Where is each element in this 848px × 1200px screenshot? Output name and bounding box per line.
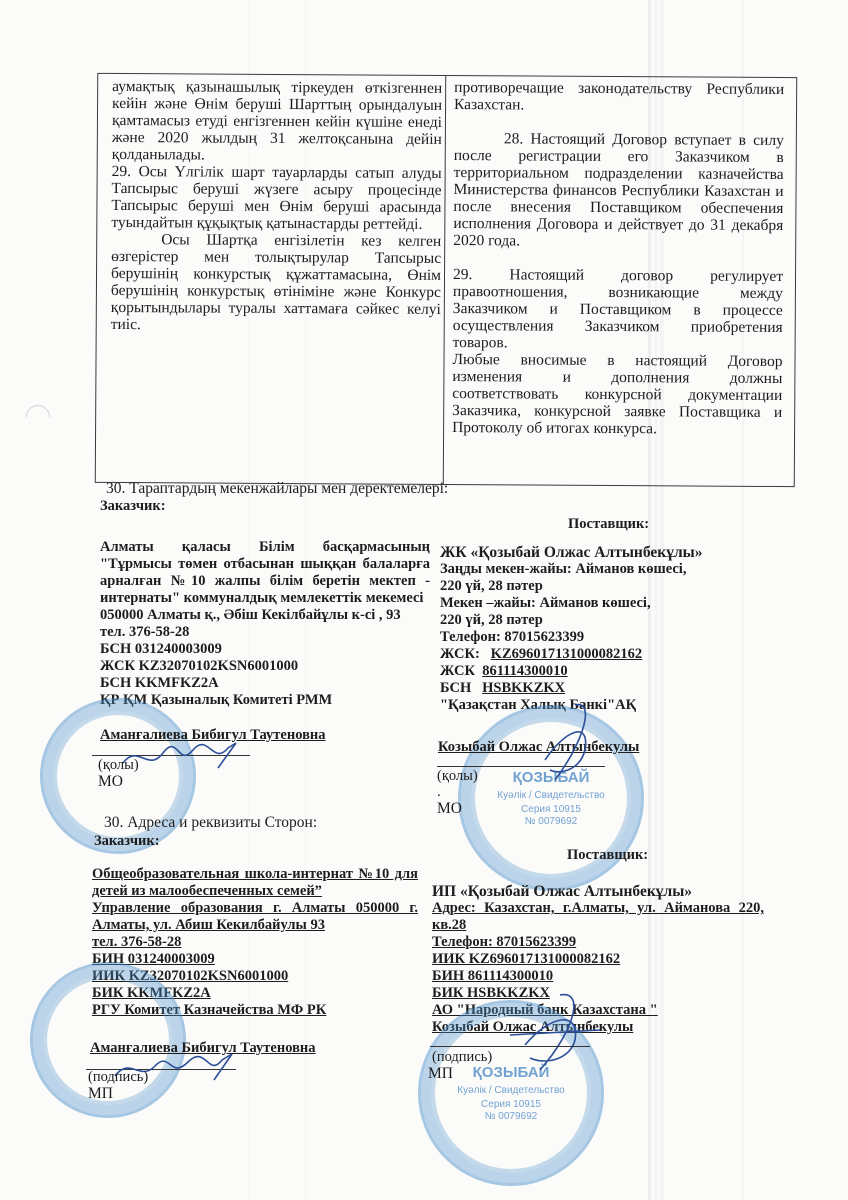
- customer-iik-kk: ЖСК KZ32070102KSN6001000: [100, 658, 430, 675]
- supplier-address-ru: Адрес: Казахстан, г.Алматы, ул. Айманова…: [432, 900, 764, 934]
- customer-address-kk: 050000 Алматы қ., Әбіш Кекілбайұлы к-сі …: [100, 607, 430, 624]
- russian-clauses-cell: противоречащие законодательству Республи…: [452, 79, 784, 438]
- customer-signature-icon: [118, 738, 258, 778]
- clause-29-kk: 29. Осы Үлгілік шарт тауарларды сатып ал…: [111, 163, 441, 233]
- clause-29-ru: 29. Настоящий договор регулирует правоот…: [453, 266, 784, 353]
- clause-28-ru: 28. Настоящий Договор вступает в силу по…: [453, 130, 784, 251]
- supplier-label-kk: Поставщик:: [568, 516, 649, 533]
- signature-caption-kk: (қолы): [98, 757, 139, 774]
- dot-mark: .: [437, 784, 441, 801]
- column-divider: [443, 76, 446, 484]
- supplier-details-kk: ЖК «Қозыбай Олжас Алтынбекұлы» Заңды мек…: [440, 544, 780, 714]
- supplier-name-kk: ЖК «Қозыбай Олжас Алтынбекұлы»: [440, 544, 780, 561]
- supplier-bank-kk: "Қазақстан Халық Банкі"АҚ: [440, 697, 780, 714]
- customer-details-kk: Алматы қаласы Білім басқармасының "Тұрмы…: [100, 539, 430, 709]
- clause-28-kk-tail: аумақтық қазынашылық тіркеуден өткізгенн…: [112, 78, 443, 165]
- customer-bin-kk: БСН 031240003009: [100, 641, 430, 658]
- customer-label-ru: Заказчик:: [94, 833, 160, 850]
- customer-bik-kk: БСН KKMFKZ2A: [100, 675, 430, 692]
- customer-phone-ru: тел. 376-58-28: [92, 934, 418, 951]
- seal-caption-kk: МО: [98, 773, 123, 790]
- supplier-iik-kk: ЖСК: KZ696017131000082162: [440, 646, 780, 663]
- signature-caption-kk: (қолы): [437, 768, 478, 785]
- kazakh-clauses-cell: аумақтық қазынашылық тіркеуден өткізгенн…: [111, 78, 443, 335]
- supplier-bik-kk: БСН HSBKKZKX: [440, 680, 780, 697]
- supplier-legal-address-kk: Заңды мекен-жайы: Айманов көшесі,: [440, 561, 780, 578]
- supplier-address-kk-2: 220 үй, 28 пәтер: [440, 612, 780, 629]
- customer-address-ru: Управление образования г. Алматы 050000 …: [92, 900, 418, 934]
- customer-label-kk: Заказчик:: [100, 498, 166, 515]
- seal-caption-kk: МО: [437, 800, 462, 817]
- clause-29-kk-amendments: Осы Шартқа енгізілетін кез келген өзгері…: [111, 231, 442, 335]
- section-ru-heading: 30. Адреса и реквизиты Сторон:: [104, 814, 317, 831]
- seal-caption-ru: МП: [428, 1065, 453, 1082]
- contract-clauses-table: аумақтық қазынашылық тіркеуден өткізгенн…: [95, 73, 797, 487]
- signature-line: [430, 1046, 590, 1047]
- clause-29-ru-amendments: Любые вносимые в настоящий Договор измен…: [452, 351, 783, 438]
- supplier-bin-kk: ЖСК 861114300010: [440, 663, 780, 680]
- customer-bin-ru: БИН 031240003009: [92, 951, 418, 968]
- supplier-signature-icon: [500, 990, 610, 1080]
- clause-27-ru-tail: противоречащие законодательству Республи…: [454, 79, 784, 115]
- signature-caption-ru: (подпись): [432, 1049, 492, 1066]
- section-kk-heading: 30. Тараптардың мекенжайлары мен деректе…: [106, 480, 448, 497]
- signature-caption-ru: (подпись): [88, 1069, 148, 1086]
- supplier-name-ru: ИП «Қозыбай Олжас Алтынбекұлы»: [432, 883, 764, 900]
- supplier-iik-ru: ИИК KZ696017131000082162: [432, 951, 764, 968]
- supplier-phone-ru: Телефон: 87015623399: [432, 934, 764, 951]
- customer-name-ru: Общеобразовательная школа-интернат №10 д…: [92, 866, 418, 900]
- seal-caption-ru: МП: [88, 1085, 113, 1102]
- supplier-legal-address-kk-2: 220 үй, 28 пәтер: [440, 578, 780, 595]
- customer-phone-kk: тел. 376-58-28: [100, 624, 430, 641]
- supplier-address-kk: Мекен –жайы: Айманов көшесі,: [440, 595, 780, 612]
- supplier-phone-kk: Телефон: 87015623399: [440, 629, 780, 646]
- customer-name-kk: Алматы қаласы Білім басқармасының "Тұрмы…: [100, 539, 430, 607]
- punch-hole-mark: [21, 400, 55, 434]
- supplier-signature-icon: [525, 700, 605, 790]
- supplier-bin-ru: БИН 861114300010: [432, 968, 764, 985]
- supplier-label-ru: Поставщик:: [567, 847, 648, 864]
